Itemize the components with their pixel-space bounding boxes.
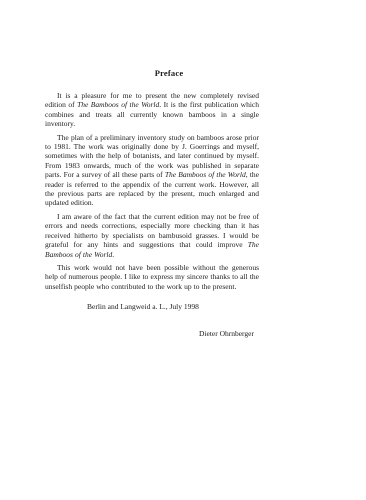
paragraph: The plan of a preliminary inventory stud… xyxy=(45,133,259,208)
paragraph-text: . xyxy=(112,250,114,259)
preface-type-block: Preface It is a pleasure for me to prese… xyxy=(45,68,259,338)
paragraph-text: I am aware of the fact that the current … xyxy=(45,212,259,249)
author-signature: Dieter Ohrnberger xyxy=(45,329,259,338)
page-title: Preface xyxy=(62,68,276,78)
paragraph: This work would not have been possible w… xyxy=(45,263,259,291)
book-title-italic: The Bamboos of the World xyxy=(165,170,246,179)
preface-body: It is a pleasure for me to present the n… xyxy=(45,91,259,291)
scanned-book-page: Preface It is a pleasure for me to prese… xyxy=(0,0,366,500)
paragraph: It is a pleasure for me to present the n… xyxy=(45,91,259,129)
book-title-italic: The Bamboos of the World xyxy=(77,100,159,109)
paragraph-text: This work would not have been possible w… xyxy=(45,263,259,291)
dateline: Berlin and Langweid a. L., July 1998 xyxy=(45,302,259,311)
paragraph: I am aware of the fact that the current … xyxy=(45,212,259,259)
